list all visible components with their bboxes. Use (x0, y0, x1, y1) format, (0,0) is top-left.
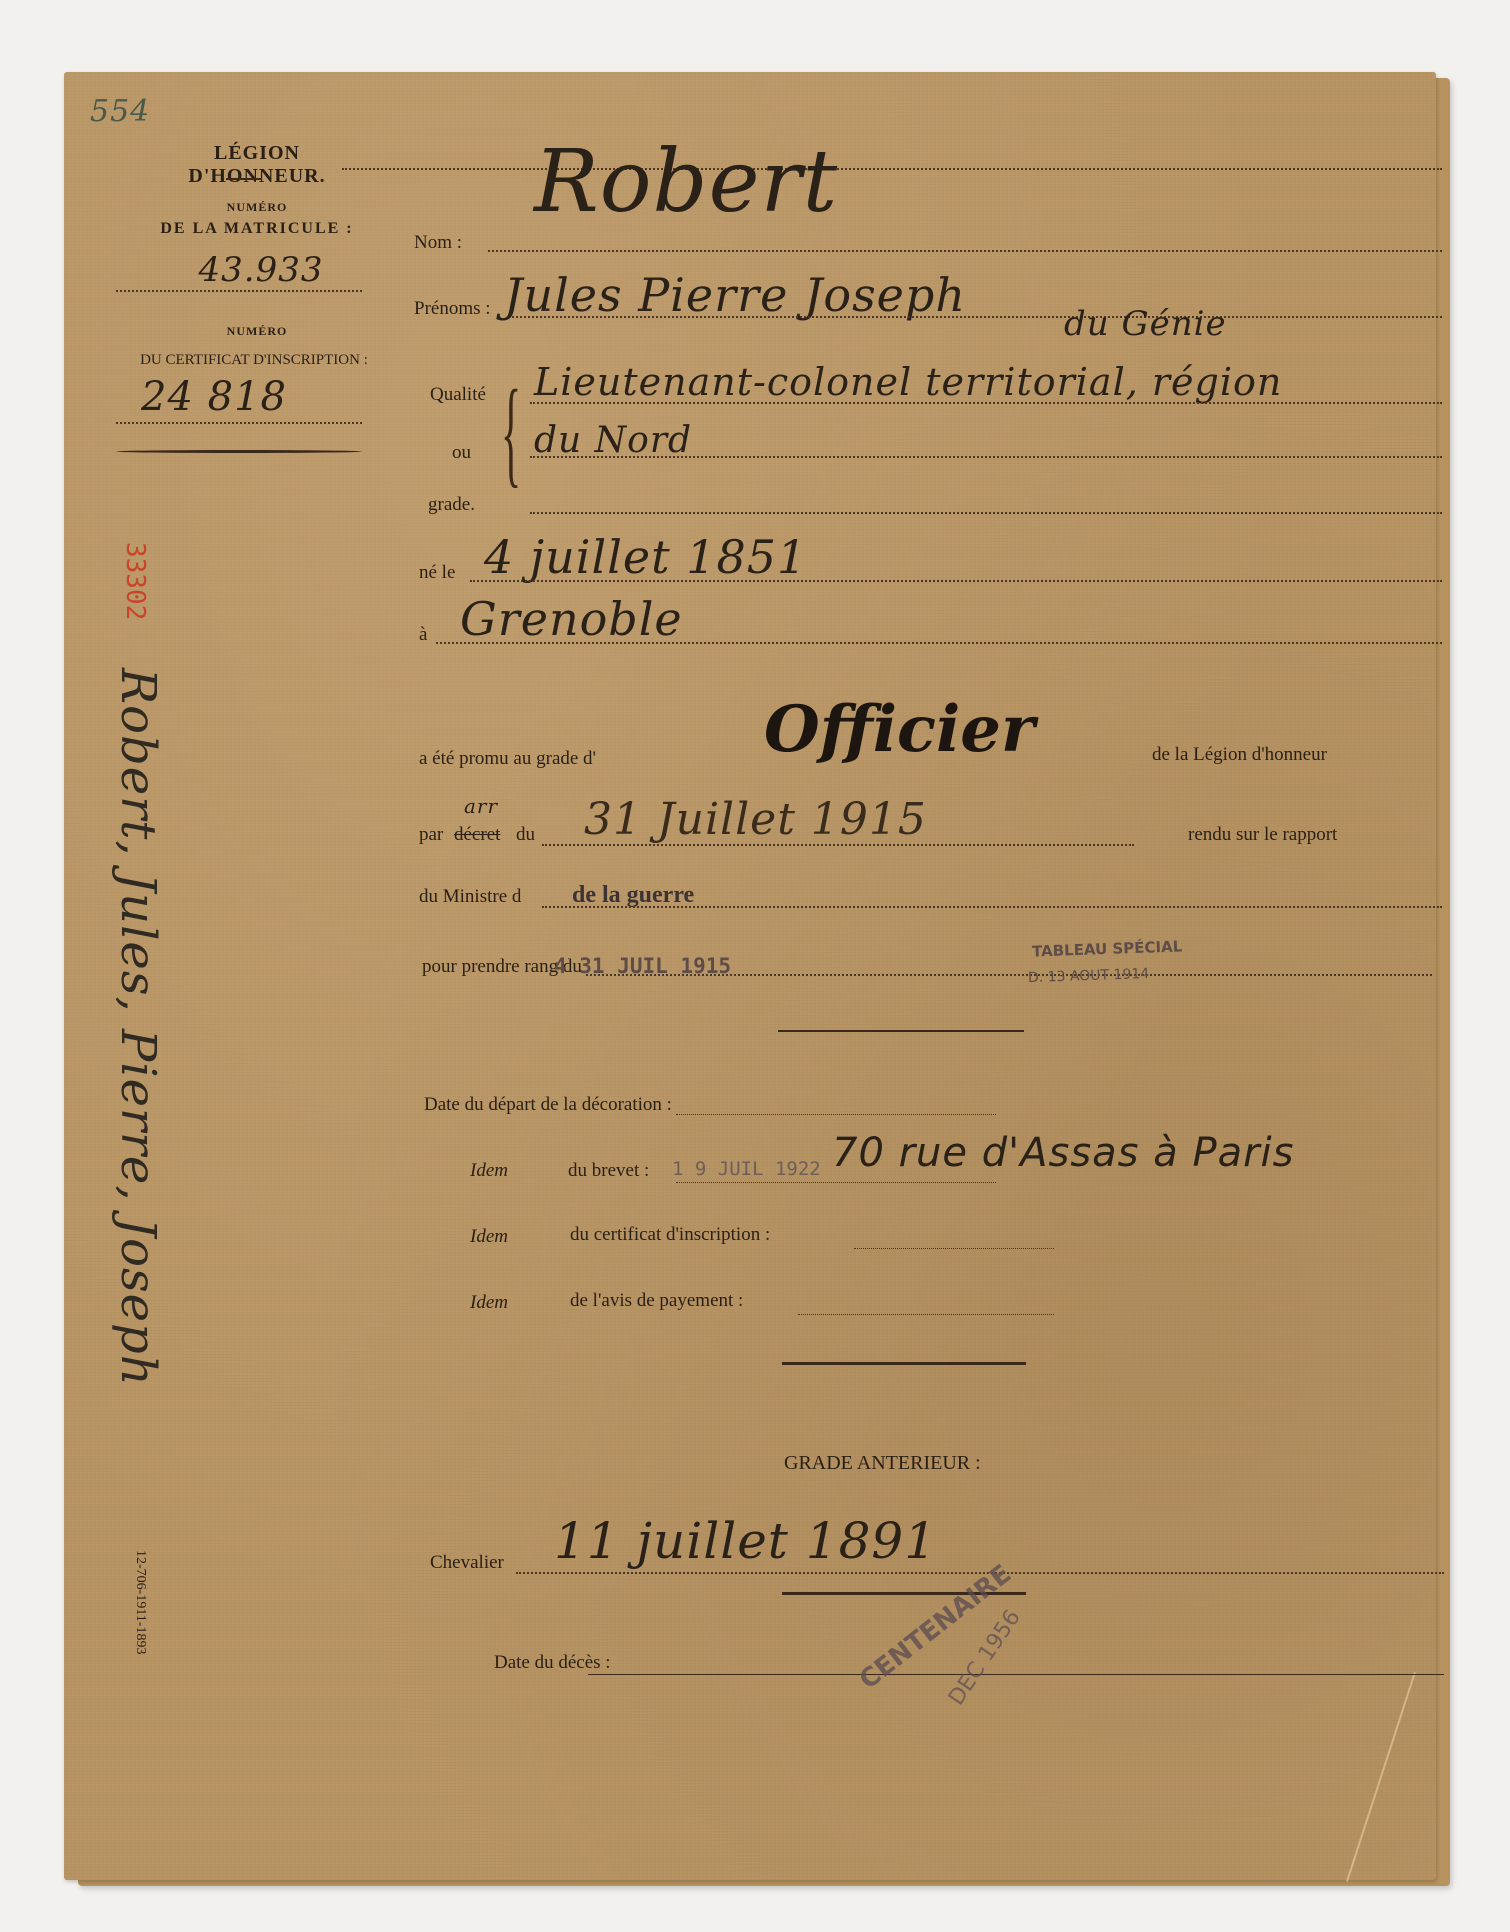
corner-note: 554 (90, 94, 150, 129)
prenoms-line (512, 316, 1442, 318)
avis-line (798, 1314, 1054, 1315)
rapport-label: rendu sur le rapport (1188, 824, 1337, 846)
prenoms-value: Jules Pierre Joseph (504, 268, 966, 322)
brevet-stamp: 1 9 JUIL 1922 (672, 1158, 821, 1180)
top-line (342, 168, 1442, 170)
nom-label: Nom : (414, 232, 462, 254)
matricule-label-2: DE LA MATRICULE : (139, 220, 375, 238)
qualite-brace: { (501, 372, 521, 492)
brevet-note: 70 rue d'Assas à Paris (832, 1130, 1295, 1176)
grade-label: grade. (428, 494, 475, 516)
deces-line (588, 1674, 1444, 1675)
ministre-value: de la guerre (572, 882, 694, 909)
header-ornament-rule (116, 450, 362, 453)
lieu-line (436, 642, 1442, 644)
legion-label: de la Légion d'honneur (1152, 744, 1327, 766)
section-rule-2 (782, 1362, 1026, 1365)
qualite-label: Qualité (430, 384, 486, 406)
paper-crease (1346, 1672, 1416, 1882)
ou-label: ou (452, 442, 471, 464)
nom-value: Robert (534, 132, 838, 232)
du-label: du (516, 824, 535, 846)
tableau-stamp-line-1: TABLEAU SPÉCIAL (1032, 937, 1183, 960)
brevet-label: du brevet : (568, 1160, 649, 1182)
depart-label: Date du départ de la décoration : (424, 1094, 672, 1116)
arr-insert: arr (464, 794, 498, 818)
qualite-value-line-2: du Nord (534, 420, 692, 461)
chevalier-label: Chevalier (430, 1552, 504, 1574)
certificat-label-2: DU CERTIFICAT D'INSCRIPTION : (104, 352, 404, 369)
lieu-value: Grenoble (460, 592, 683, 646)
idem-certificat: Idem (470, 1226, 508, 1248)
title-rule (226, 178, 262, 180)
nom-line (488, 250, 1442, 252)
section-rule-1 (778, 1030, 1024, 1032)
tableau-stamp-line-2: D. 13 AOUT 1914 (1028, 966, 1150, 986)
brevet-line (676, 1182, 996, 1183)
par-label: par (419, 824, 443, 846)
ne-le-label: né le (419, 562, 455, 584)
qualite-line-2 (530, 456, 1442, 458)
matricule-line (116, 290, 362, 292)
lieu-label: à (419, 624, 427, 646)
ministre-line (542, 906, 1442, 908)
certificat-label-1: NUMÉRO (152, 324, 362, 339)
certificat-inscription-line (854, 1248, 1054, 1249)
decret-date: 31 Juillet 1915 (584, 794, 927, 845)
grade-officier: Officier (764, 692, 1035, 767)
depart-line (676, 1114, 996, 1115)
margin-print-code: 12-706-1911-1893 (132, 1550, 148, 1654)
chevalier-value: 11 juillet 1891 (554, 1512, 937, 1570)
ministre-label: du Ministre d (419, 886, 521, 908)
ne-le-line (470, 580, 1442, 582)
ne-le-value: 4 juillet 1851 (484, 530, 807, 584)
decret-struck: décret (454, 824, 500, 846)
matricule-label-1: NUMÉRO (152, 200, 362, 215)
certificat-value: 24 818 (114, 374, 314, 420)
certificat-inscription-label: du certificat d'inscription : (570, 1224, 770, 1246)
rang-line (586, 974, 1432, 976)
grade-anterieur-title: GRADE ANTERIEUR : (784, 1452, 981, 1475)
idem-brevet: Idem (470, 1160, 508, 1182)
promu-label: a été promu au grade d' (419, 748, 596, 770)
deces-label: Date du décès : (494, 1652, 611, 1674)
avis-label: de l'avis de payement : (570, 1290, 743, 1312)
margin-red-stamp: 33302 (120, 542, 150, 620)
decret-line (542, 844, 1134, 846)
matricule-value: 43.933 (176, 250, 346, 290)
legion-title: LÉGION D'HONNEUR. (152, 142, 362, 188)
certificat-line (116, 422, 362, 424)
qualite-insert: du Génie (1064, 304, 1227, 344)
qualite-line-3 (530, 512, 1442, 514)
document-sheet: 554 LÉGION D'HONNEUR. NUMÉRO DE LA MATRI… (64, 72, 1436, 1880)
prenoms-label: Prénoms : (414, 298, 491, 320)
idem-avis: Idem (470, 1292, 508, 1314)
margin-handwritten-name: Robert, Jules, Pierre, Joseph (110, 668, 166, 1387)
qualite-value-line-1: Lieutenant-colonel territorial, région (534, 360, 1282, 404)
qualite-line-1 (530, 402, 1442, 404)
